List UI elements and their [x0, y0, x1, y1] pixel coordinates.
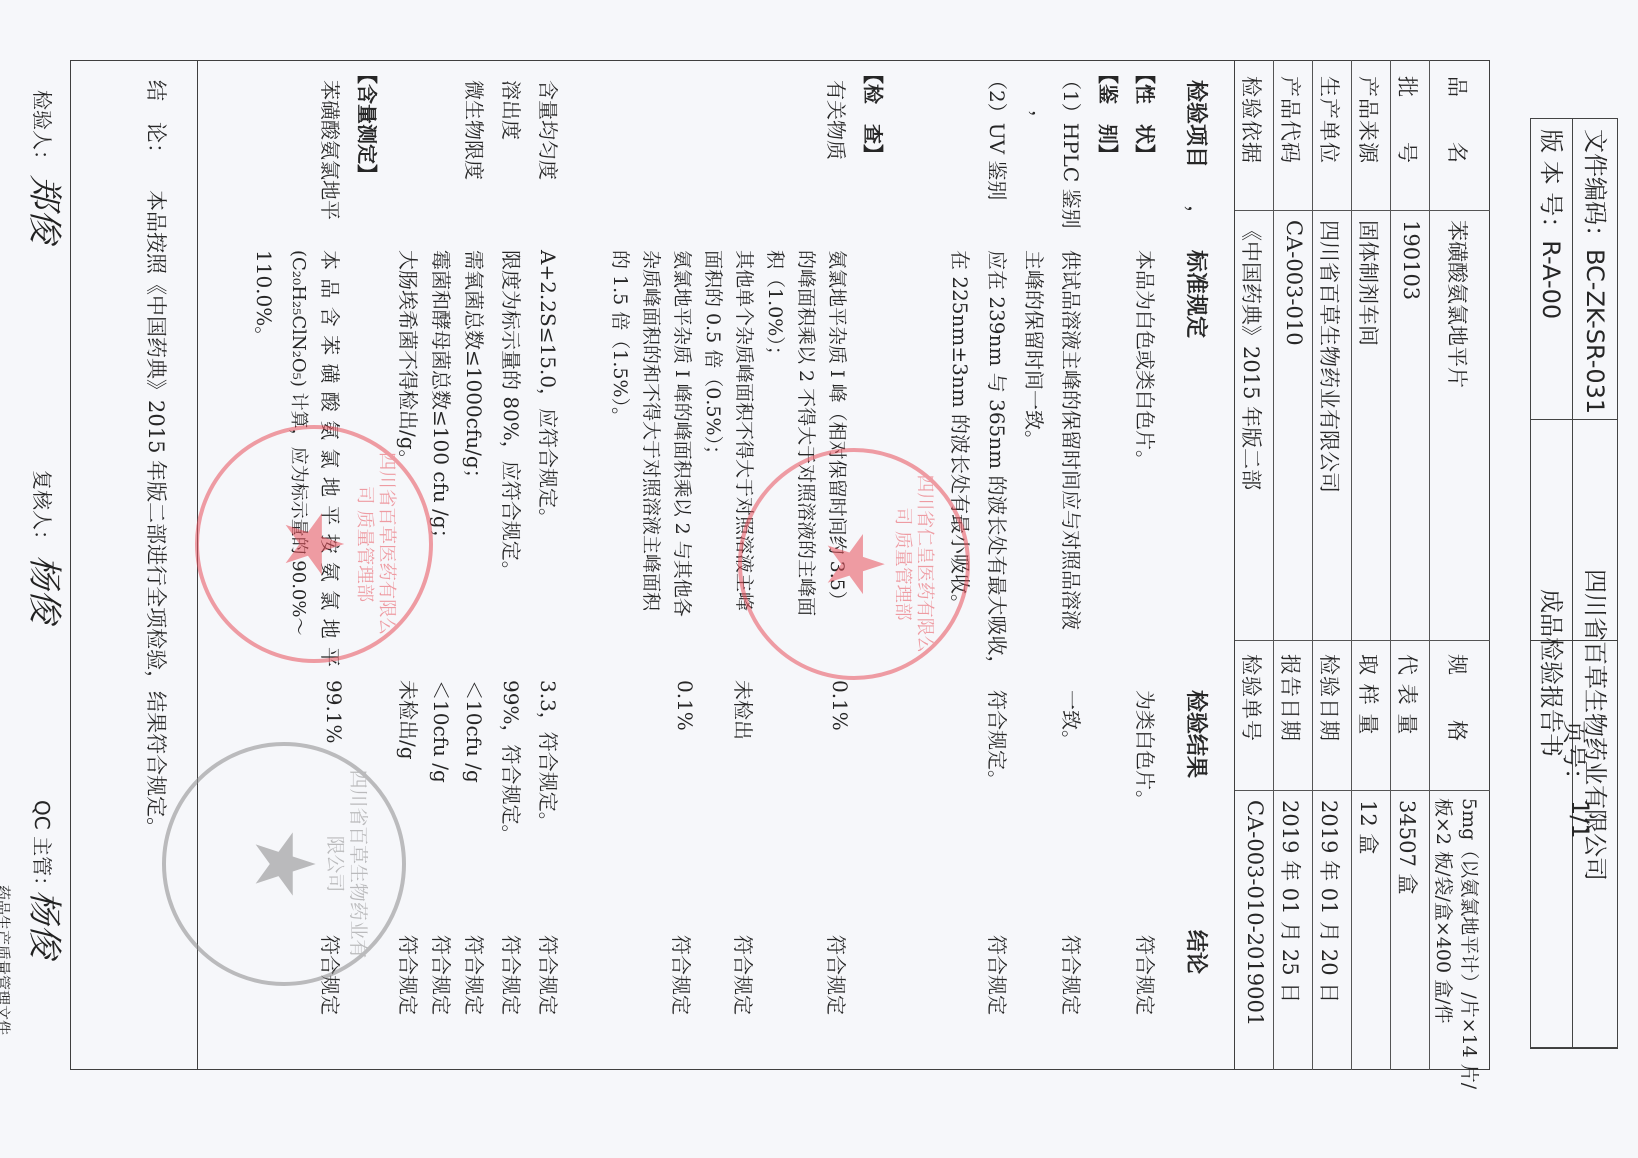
info-value: 190103	[1400, 220, 1424, 300]
header-box: 文件编码：BC-ZK-SR-031 四川省百草生物药业有限公司 版 本 号：R-…	[1530, 118, 1618, 1048]
info-value: CA-003-010-2019001	[1244, 800, 1268, 1026]
section-identification: 【鉴 别】	[1095, 64, 1124, 164]
related-conclusion: 符合规定	[668, 935, 697, 1015]
related-result: 0.1%	[828, 680, 852, 731]
info-value: 2019 年 01 月 25 日	[1277, 800, 1307, 1003]
info-value: 固体制剂车间	[1355, 220, 1385, 346]
microbial-conclusion: 符合规定	[428, 935, 457, 1015]
reviewer-label: 复核人：	[29, 470, 58, 550]
doc-code-label: 文件编码：	[1581, 129, 1609, 249]
verdict-label: 结 论：	[142, 80, 172, 164]
uv-standard-line: 应在 239nm 与 365nm 的波长处有最大吸收，	[984, 250, 1013, 675]
info-row-divider	[1390, 60, 1391, 1070]
stamp-star-icon: ★	[815, 529, 893, 599]
info-label: 生产单位	[1316, 76, 1346, 164]
info-col-divider	[1235, 790, 1490, 791]
microbial-result: ＜10cfu /g	[428, 680, 457, 783]
header-divider	[1530, 640, 1618, 641]
verdict-text: 本品按照《中国药典》2015 年版二部进行全项检验，结果符合规定。	[142, 190, 172, 838]
company-stamp: ★四川省百草生物药业有限公司	[162, 742, 406, 986]
dissolution-conclusion: 符合规定	[498, 935, 527, 1015]
uv-conclusion: 符合规定	[984, 935, 1013, 1015]
uniformity-standard: A+2.2S≤15.0，应符合规定。	[535, 250, 564, 528]
related-standard-line: 氨氯地平杂质 I 峰的峰面积乘以 2 与其他各	[670, 250, 697, 617]
page-number: 1/1	[1566, 800, 1594, 839]
dissolution-item: 溶出度	[498, 80, 527, 140]
microbial-standard-line: 大肠埃希菌不得检出/g。	[395, 250, 424, 470]
info-label: 规 格	[1443, 654, 1473, 742]
info-value: 2019 年 01 月 20 日	[1316, 800, 1346, 1003]
info-label: 检验日期	[1316, 654, 1346, 742]
inspection-report-page: 文件编码：BC-ZK-SR-031 四川省百草生物药业有限公司 版 本 号：R-…	[0, 0, 1638, 1158]
quality-stamp-2: ★四川省百草医药有限公司 质量管理部	[195, 425, 433, 663]
info-value: 34507 盒	[1394, 800, 1424, 894]
column-header-result: 检验结果	[1182, 690, 1213, 778]
hplc-mark: ，	[1027, 110, 1056, 130]
hplc-conclusion: 符合规定	[1058, 935, 1087, 1015]
related-result: 未检出	[730, 680, 759, 740]
footer-note: 药品生产质量管理文件	[0, 885, 14, 1035]
stamp-star-icon: ★	[243, 827, 326, 901]
stamp-text: 四川省仁皇医药有限公司 质量管理部	[892, 474, 935, 653]
info-col-divider	[1235, 640, 1490, 641]
info-label: 取 样 量	[1355, 654, 1385, 735]
inspector-signature: 郑俊	[23, 175, 72, 243]
related-conclusion: 符合规定	[730, 935, 759, 1015]
hplc-result: 一致。	[1058, 690, 1087, 750]
appearance-result: 为类白色片。	[1132, 690, 1161, 810]
inspector-label: 检验人：	[29, 90, 58, 170]
header-divider	[1530, 1048, 1618, 1049]
info-label: 品 名	[1443, 76, 1473, 164]
stamp-star-icon: ★	[274, 508, 355, 580]
microbial-standard-line: 需氧菌总数≤1000cfu/g；	[461, 250, 490, 489]
related-standard-line: 面积的 0.5 倍（0.5%）；	[701, 250, 728, 464]
section-appearance: 【性 状】	[1132, 64, 1161, 164]
quality-stamp-1: ★四川省仁皇医药有限公司 质量管理部	[738, 448, 970, 680]
info-value: CA-003-010	[1283, 220, 1307, 346]
info-label: 代 表 量	[1394, 654, 1424, 735]
column-header-standard: 标准规定	[1182, 250, 1213, 338]
info-label: 批 号	[1394, 76, 1424, 164]
appearance-conclusion: 符合规定	[1132, 935, 1161, 1015]
version: R-A-00	[1537, 240, 1565, 319]
microbial-standard-line: 霉菌和酵母菌总数≤100 cfu /g；	[428, 250, 457, 549]
info-col-divider	[1235, 210, 1490, 211]
doc-code: BC-ZK-SR-031	[1581, 249, 1609, 414]
info-label: 报告日期	[1277, 654, 1307, 742]
info-value: 5mg（以氨氯地平计）/片×14 片/	[1457, 798, 1484, 1089]
info-value: 苯磺酸氨氯地平片	[1443, 220, 1473, 388]
reviewer-signature: 杨俊	[23, 555, 72, 623]
info-bottom-border	[1234, 60, 1235, 1070]
info-value: 12 盒	[1355, 800, 1385, 854]
section-tests: 【检 查】	[860, 64, 889, 164]
stamp-text: 四川省百草生物药业有限公司	[324, 770, 369, 959]
related-standard-line: 积（1.0%）；	[763, 250, 790, 365]
section-assay: 【含量测定】	[354, 64, 383, 184]
assay-standard-line: 110.0%。	[251, 250, 280, 346]
info-row-divider	[1312, 60, 1313, 1070]
version-label: 版 本 号：	[1537, 129, 1565, 240]
info-value: 板×2 板/袋/盒×400 盒/件	[1431, 798, 1458, 1023]
microbial-conclusion: 符合规定	[461, 935, 490, 1015]
info-label: 产品代码	[1277, 76, 1307, 164]
uv-item: （2）UV 鉴别	[984, 70, 1013, 200]
related-result: 0.1%	[673, 680, 697, 731]
related-standard-line: 的 1.5 倍（1.5%）。	[608, 250, 635, 426]
assay-result: 99.1%	[322, 680, 346, 744]
appearance-standard: 本品为白色或类白色片。	[1132, 250, 1161, 470]
microbial-item: 微生物限度	[461, 80, 490, 180]
hplc-standard-line: 供试品溶液主峰的保留时间应与对照品溶液	[1058, 250, 1087, 630]
related-conclusion: 符合规定	[823, 935, 852, 1015]
microbial-conclusion: 符合规定	[395, 935, 424, 1015]
page-number-label: 页号：	[1559, 720, 1594, 792]
column-header-sep: ，	[1182, 205, 1213, 227]
info-label: 检验单号	[1238, 654, 1268, 742]
column-header-item: 检验项目	[1182, 80, 1213, 168]
hplc-item: （1）HPLC 鉴别	[1058, 70, 1087, 229]
hplc-standard-line: 主峰的保留时间一致。	[1021, 250, 1050, 450]
related-standard-line: 杂质峰面积的和不得大于对照溶液主峰面积	[639, 250, 666, 611]
qc-label: QC 主管：	[29, 800, 58, 896]
stamp-text: 四川省百草医药有限公司 质量管理部	[353, 452, 397, 636]
uniformity-item: 含量均匀度	[535, 80, 564, 180]
info-row-divider	[1429, 60, 1430, 1070]
info-label: 检验依据	[1238, 76, 1268, 164]
info-value: 《中国药典》2015 年版二部	[1238, 220, 1268, 490]
info-value: 四川省百草生物药业有限公司	[1316, 220, 1346, 493]
info-row-divider	[1273, 60, 1274, 1070]
qc-signature: 杨俊	[23, 890, 72, 958]
uniformity-conclusion: 符合规定	[535, 935, 564, 1015]
info-row-divider	[1351, 60, 1352, 1070]
info-label: 产品来源	[1355, 76, 1385, 164]
column-header-conclusion: 结论	[1182, 930, 1213, 974]
dissolution-standard: 限度为标示量的 80%，应符合规定。	[498, 250, 527, 581]
microbial-result: ＜10cfu /g	[461, 680, 490, 783]
assay-item: 苯磺酸氨氯地平	[317, 80, 346, 220]
uniformity-result: 3.3，符合规定。	[535, 680, 564, 832]
microbial-result: 未检出/g	[395, 680, 424, 760]
related-item: 有关物质	[823, 80, 852, 160]
uv-result: 符合规定。	[984, 690, 1013, 790]
dissolution-result: 99%，符合规定。	[498, 680, 527, 844]
